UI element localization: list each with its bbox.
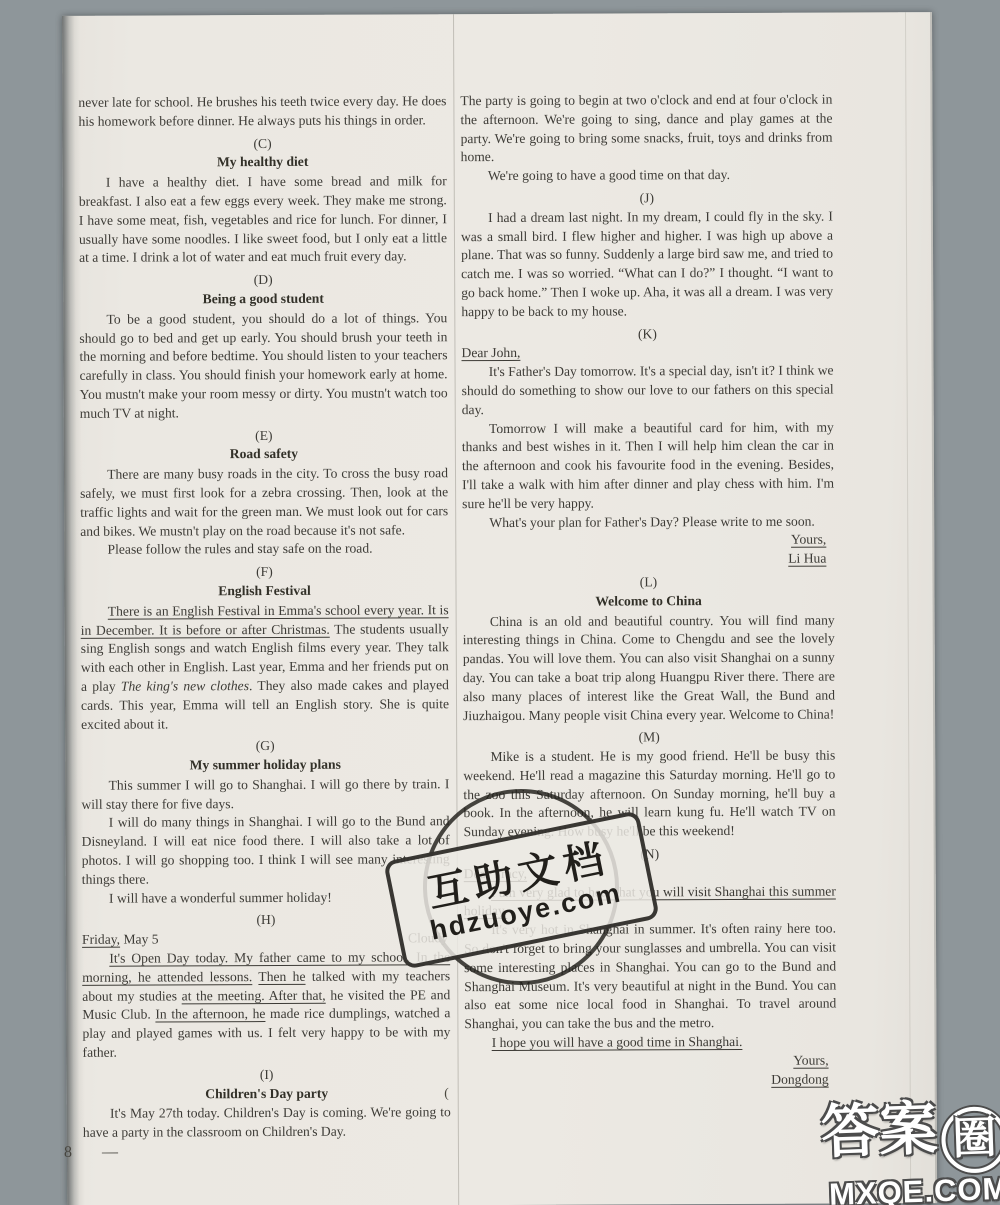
- section-label-g: (G): [81, 737, 449, 757]
- page-right-edge: [930, 12, 937, 1203]
- underlined-text: I hope you will have a good time in Shan…: [492, 1034, 743, 1050]
- paragraph: I hope you will have a good time in Shan…: [464, 1033, 836, 1053]
- italic-title-text: The king's new clothes: [121, 678, 249, 694]
- page-dash: —: [102, 1144, 117, 1161]
- diary-body: It's Open Day today. My father came to m…: [82, 948, 450, 1062]
- section-label-d: (D): [79, 270, 447, 290]
- diary-date: Friday, May 5: [82, 931, 159, 950]
- paragraph-continuation: The party is going to begin at two o'clo…: [460, 91, 832, 168]
- paragraph: I had a dream last night. In my dream, I…: [461, 207, 833, 321]
- section-label-e: (E): [80, 426, 448, 446]
- site-logo-chinese: 答案圈: [820, 1097, 1000, 1178]
- letter-signature-name: Li Hua: [462, 550, 834, 570]
- section-title-childrens-day-party: Children's Day party (: [83, 1084, 451, 1104]
- paragraph: We're going to have a good time on that …: [461, 166, 833, 186]
- watermark-stamp: 互助文档 hdzuoye.com: [379, 763, 663, 1012]
- section-label-f: (F): [80, 562, 448, 582]
- paragraph: Please follow the rules and stay safe on…: [80, 540, 448, 560]
- paragraph: It's May 27th today. Children's Day is c…: [83, 1104, 451, 1143]
- underlined-text: at the meeting. After that,: [182, 987, 326, 1003]
- site-logo-circle-glyph: 圈: [940, 1106, 1000, 1174]
- letter-signature-yours: Yours,: [465, 1051, 837, 1071]
- letter-signature-name: Dongdong: [465, 1070, 837, 1090]
- stamp-text-box: 互助文档 hdzuoye.com: [383, 810, 660, 970]
- paragraph: Tomorrow I will make a beautiful card fo…: [462, 418, 834, 514]
- site-logo: 答案圈 MXQE.COM: [820, 1097, 1000, 1205]
- paragraph: There is an English Festival in Emma's s…: [81, 601, 450, 734]
- page-number: 8: [64, 1144, 72, 1161]
- paragraph: It's Father's Day tomorrow. It's a speci…: [462, 362, 834, 420]
- paragraph: What's your plan for Father's Day? Pleas…: [462, 512, 834, 532]
- page-footer: 8—: [64, 1144, 117, 1162]
- paragraph: To be a good student, you should do a lo…: [79, 309, 447, 423]
- underlined-text: In the afternoon, he: [155, 1006, 265, 1021]
- paragraph: I have a healthy diet. I have some bread…: [79, 172, 447, 268]
- section-title-summer-holiday-plans: My summer holiday plans: [81, 755, 449, 775]
- letter-signature-yours: Yours,: [462, 531, 834, 551]
- section-label-c: (C): [79, 134, 447, 154]
- underlined-text: Then he: [258, 969, 305, 984]
- section-label-m: (M): [463, 728, 835, 748]
- diary-header: Friday, May 5 Cloudy: [82, 929, 450, 949]
- stray-paren-mark: (: [444, 1084, 449, 1103]
- workbook-page: never late for school. He brushes his te…: [62, 12, 937, 1205]
- column-divider: [453, 14, 459, 1205]
- site-logo-url: MXQE.COM: [823, 1172, 1000, 1205]
- left-column: never late for school. He brushes his te…: [78, 92, 451, 1143]
- paragraph: There are many busy roads in the city. T…: [80, 464, 448, 541]
- section-label-k: (K): [461, 324, 833, 344]
- paragraph: China is an old and beautiful country. Y…: [463, 611, 835, 725]
- section-title-road-safety: Road safety: [80, 445, 448, 465]
- section-title-my-healthy-diet: My healthy diet: [79, 153, 447, 173]
- section-title-english-festival: English Festival: [80, 581, 448, 601]
- paragraph-continuation: never late for school. He brushes his te…: [78, 92, 446, 131]
- section-label-l: (L): [462, 572, 834, 592]
- right-margin-line: [905, 12, 911, 1203]
- section-label-i: (I): [83, 1065, 451, 1085]
- section-title-being-a-good-student: Being a good student: [79, 289, 447, 309]
- letter-salutation: Dear John,: [461, 343, 833, 363]
- section-label-j: (J): [461, 189, 833, 209]
- scan-background: never late for school. He brushes his te…: [0, 0, 1000, 1205]
- section-title-welcome-to-china: Welcome to China: [463, 591, 835, 611]
